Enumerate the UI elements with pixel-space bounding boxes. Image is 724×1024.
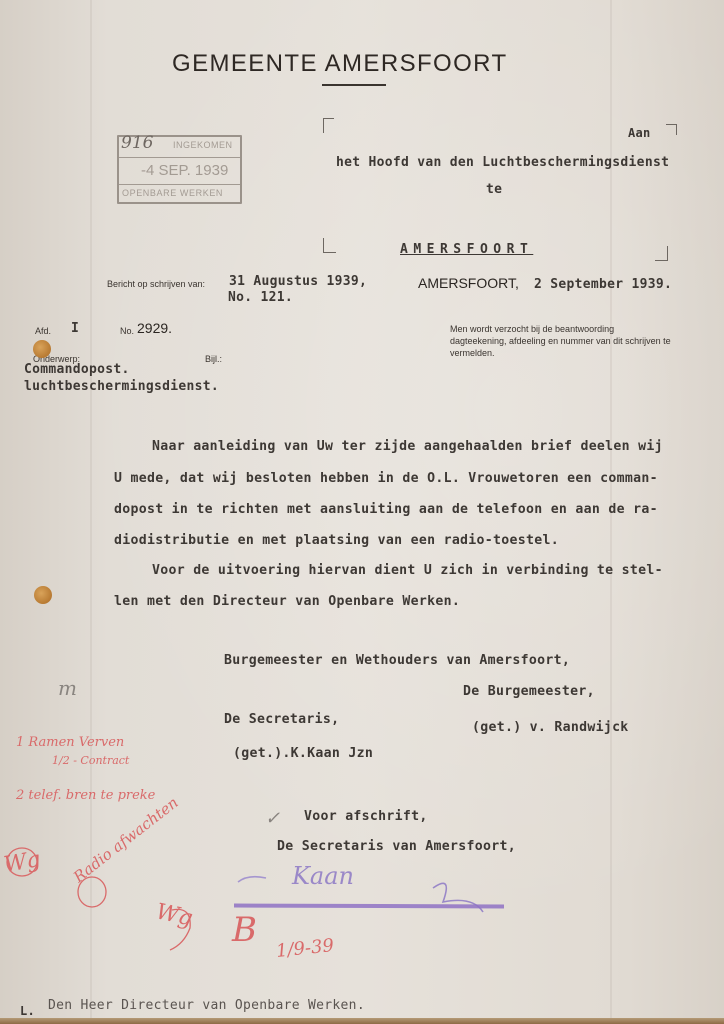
punch-hole-bottom <box>34 586 52 604</box>
red-date: 1/9-39 <box>275 935 335 962</box>
punch-hole-top <box>33 340 51 358</box>
bericht-date: 31 Augustus 1939, <box>229 274 367 289</box>
addressee-line2: te <box>486 182 502 197</box>
red-note-1: 1 Ramen Verven <box>16 735 124 750</box>
no-label: No. <box>120 326 134 336</box>
reference-instruction: Men wordt verzocht bij de beantwoording … <box>450 323 672 359</box>
place-printed: AMERSFOORT, <box>418 275 519 291</box>
body-line-6: len met den Directeur van Openbare Werke… <box>114 594 460 609</box>
signature-flourish <box>228 860 518 920</box>
red-pencil-strokes <box>0 840 240 970</box>
received-stamp: 916 INGEKOMEN -4 SEP. 1939 OPENBARE WERK… <box>117 135 242 204</box>
letter-page: GEMEENTE AMERSFOORT 916 INGEKOMEN -4 SEP… <box>0 0 724 1024</box>
no-value: 2929. <box>137 320 172 336</box>
address-bracket-br <box>655 246 668 261</box>
council-line: Burgemeester en Wethouders van Amersfoor… <box>224 653 570 668</box>
body-line-4: diodistributie en met plaatsing van een … <box>114 533 559 548</box>
afd-value: I <box>71 321 79 336</box>
bericht-label: Bericht op schrijven van: <box>107 279 205 289</box>
stamp-top-label: INGEKOMEN <box>173 140 233 150</box>
body-line-3: dopost in te richten met aansluiting aan… <box>114 502 658 517</box>
letterhead-rule <box>322 84 386 86</box>
address-bracket-tr <box>666 124 677 135</box>
red-note-1b: 1/2 - Contract <box>52 754 129 767</box>
addressee-line1: het Hoofd van den Luchtbeschermingsdiens… <box>336 155 669 170</box>
bijlagen-label: Bijl.: <box>205 354 222 364</box>
subject-line1: Commandopost. <box>24 362 130 377</box>
subject-line2: luchtbeschermingsdienst. <box>24 379 219 394</box>
address-bracket-bl <box>323 238 336 253</box>
letter-date: 2 September 1939. <box>534 277 672 292</box>
body-line-1: Naar aanleiding van Uw ter zijde aangeha… <box>152 439 663 454</box>
secretary-title: De Secretaris, <box>224 712 339 727</box>
pencil-initials: m <box>58 676 77 700</box>
stamp-handwritten-number: 916 <box>121 133 153 153</box>
letterhead-title: GEMEENTE AMERSFOORT <box>172 50 508 78</box>
red-note-2: 2 telef. bren te preke <box>16 788 155 803</box>
stamp-date: -4 SEP. 1939 <box>141 162 228 179</box>
mayor-title: De Burgemeester, <box>463 684 595 699</box>
footer-distribution: Den Heer Directeur van Openbare Werken. <box>48 998 365 1013</box>
body-line-2: U mede, dat wij besloten hebben in de O.… <box>114 471 658 486</box>
bericht-number: No. 121. <box>228 290 293 305</box>
copy-secretary: De Secretaris van Amersfoort, <box>277 839 516 854</box>
addressee-aan: Aan <box>628 126 651 140</box>
body-line-5: Voor de uitvoering hiervan dient U zich … <box>152 563 663 578</box>
paper-bottom-edge <box>0 1018 724 1024</box>
afd-label: Afd. <box>35 326 51 336</box>
stamp-bottom-label: OPENBARE WERKEN <box>122 188 223 198</box>
copy-check-mark: ✓ <box>265 808 280 829</box>
footer-marker: L. <box>20 1004 35 1018</box>
address-bracket-tl <box>323 118 334 133</box>
secretary-signed: (get.).K.Kaan Jzn <box>233 746 373 761</box>
addressee-city: AMERSFOORT <box>400 242 533 257</box>
copy-label: Voor afschrift, <box>304 809 428 824</box>
mayor-signed: (get.) v. Randwijck <box>472 720 629 735</box>
